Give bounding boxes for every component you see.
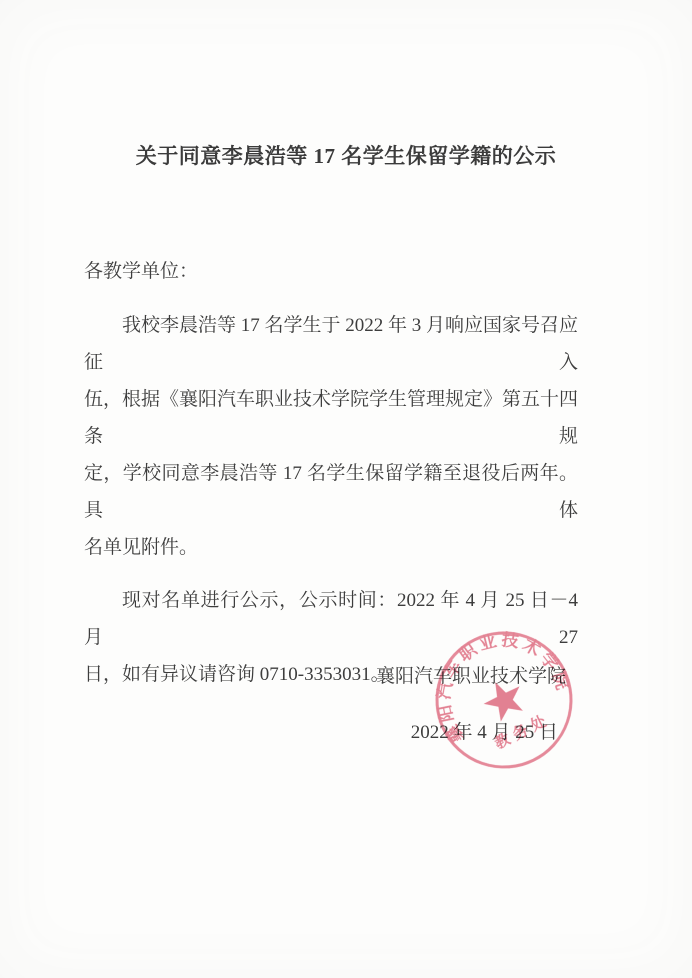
signature-organization: 襄阳汽车职业技术学院 <box>376 663 566 691</box>
signature-date: 2022 年 4 月 25 日 <box>411 719 558 747</box>
paragraph-1-line-3: 定，学校同意李晨浩等 17 名学生保留学籍至退役后两年。具体 <box>84 455 578 529</box>
scanned-document-page: 关于同意李晨浩等 17 名学生保留学籍的公示 各教学单位： 我校李晨浩等 17 … <box>0 0 692 978</box>
paragraph-2-line-1: 现对名单进行公示，公示时间：2022 年 4 月 25 日－4 月 27 <box>84 582 578 656</box>
paragraph-1: 我校李晨浩等 17 名学生于 2022 年 3 月响应国家号召应征入 伍，根据《… <box>84 307 578 566</box>
document-body: 各教学单位： 我校李晨浩等 17 名学生于 2022 年 3 月响应国家号召应征… <box>84 253 578 693</box>
paragraph-1-line-1: 我校李晨浩等 17 名学生于 2022 年 3 月响应国家号召应征入 <box>84 307 578 381</box>
salutation: 各教学单位： <box>84 253 578 290</box>
paragraph-1-line-2: 伍，根据《襄阳汽车职业技术学院学生管理规定》第五十四条规 <box>84 381 578 455</box>
document-title: 关于同意李晨浩等 17 名学生保留学籍的公示 <box>0 140 692 170</box>
paragraph-1-line-4: 名单见附件。 <box>84 529 578 566</box>
